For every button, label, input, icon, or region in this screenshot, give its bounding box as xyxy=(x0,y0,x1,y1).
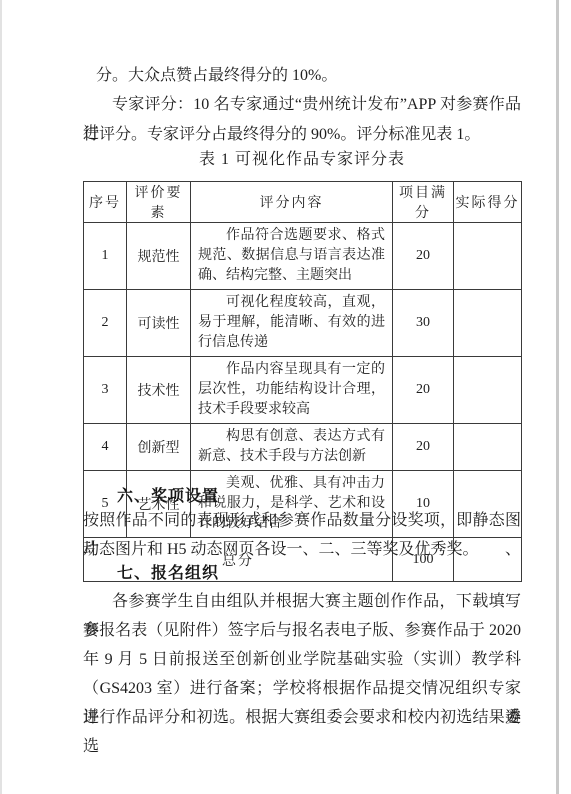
paragraph-line: 赛报名表（见附件）签字后与报名表电子版、参赛作品于 2020 xyxy=(83,616,521,645)
row-no: 2 xyxy=(84,290,127,357)
page-right-edge-line xyxy=(556,0,559,794)
document-page: 分。大众点赞占最终得分的 10%。 专家评分：10 名专家通过“贵州统计发布”A… xyxy=(0,0,571,794)
paragraph-line: 进行作品评分和初选。根据大赛组委会要求和校内初选结果遴选 xyxy=(83,703,521,761)
row-max: 20 xyxy=(393,424,454,471)
header-no: 序号 xyxy=(84,182,127,223)
table-header-row: 序号 评价要素 评分内容 项目满分 实际得分 xyxy=(84,182,522,223)
row-no: 1 xyxy=(84,223,127,290)
paragraph-line: 分。大众点赞占最终得分的 10%。 xyxy=(83,61,521,90)
row-score xyxy=(454,357,522,424)
row-max: 20 xyxy=(393,223,454,290)
row-content: 作品符合选题要求、格式规范、数据信息与语言表达准确、结构完整、主题突出 xyxy=(191,223,393,290)
section-heading-registration: 七、报名组织 xyxy=(83,559,521,588)
row-factor: 规范性 xyxy=(127,223,191,290)
row-factor: 技术性 xyxy=(127,357,191,424)
row-content: 构思有创意、表达方式有新意、技术手段与方法创新 xyxy=(191,424,393,471)
row-score xyxy=(454,290,522,357)
row-content: 作品内容呈现具有一定的层次性，功能结构设计合理，技术手段要求较高 xyxy=(191,357,393,424)
header-score: 实际得分 xyxy=(454,182,522,223)
row-score xyxy=(454,424,522,471)
row-score xyxy=(454,223,522,290)
page-left-edge-line xyxy=(0,0,2,794)
table-row: 4 创新型 构思有创意、表达方式有新意、技术手段与方法创新 20 xyxy=(84,424,522,471)
row-no: 3 xyxy=(84,357,127,424)
header-max: 项目满分 xyxy=(393,182,454,223)
table-row: 2 可读性 可视化程度较高，直观，易于理解，能清晰、有效的进行信息传递 30 xyxy=(84,290,522,357)
row-max: 20 xyxy=(393,357,454,424)
header-factor: 评价要素 xyxy=(127,182,191,223)
table-row: 3 技术性 作品内容呈现具有一定的层次性，功能结构设计合理，技术手段要求较高 2… xyxy=(84,357,522,424)
row-factor: 创新型 xyxy=(127,424,191,471)
row-max: 30 xyxy=(393,290,454,357)
table-row: 1 规范性 作品符合选题要求、格式规范、数据信息与语言表达准确、结构完整、主题突… xyxy=(84,223,522,290)
table-caption: 表 1 可视化作品专家评分表 xyxy=(83,148,521,172)
paragraph-line: 年 9 月 5 日前报送至创新创业学院基础实验（实训）教学科 xyxy=(83,645,521,674)
header-content: 评分内容 xyxy=(191,182,393,223)
paragraph-line: 行评分。专家评分占最终得分的 90%。评分标准见表 1。 xyxy=(83,120,521,149)
row-no: 4 xyxy=(84,424,127,471)
row-content: 可视化程度较高，直观，易于理解，能清晰、有效的进行信息传递 xyxy=(191,290,393,357)
row-factor: 可读性 xyxy=(127,290,191,357)
